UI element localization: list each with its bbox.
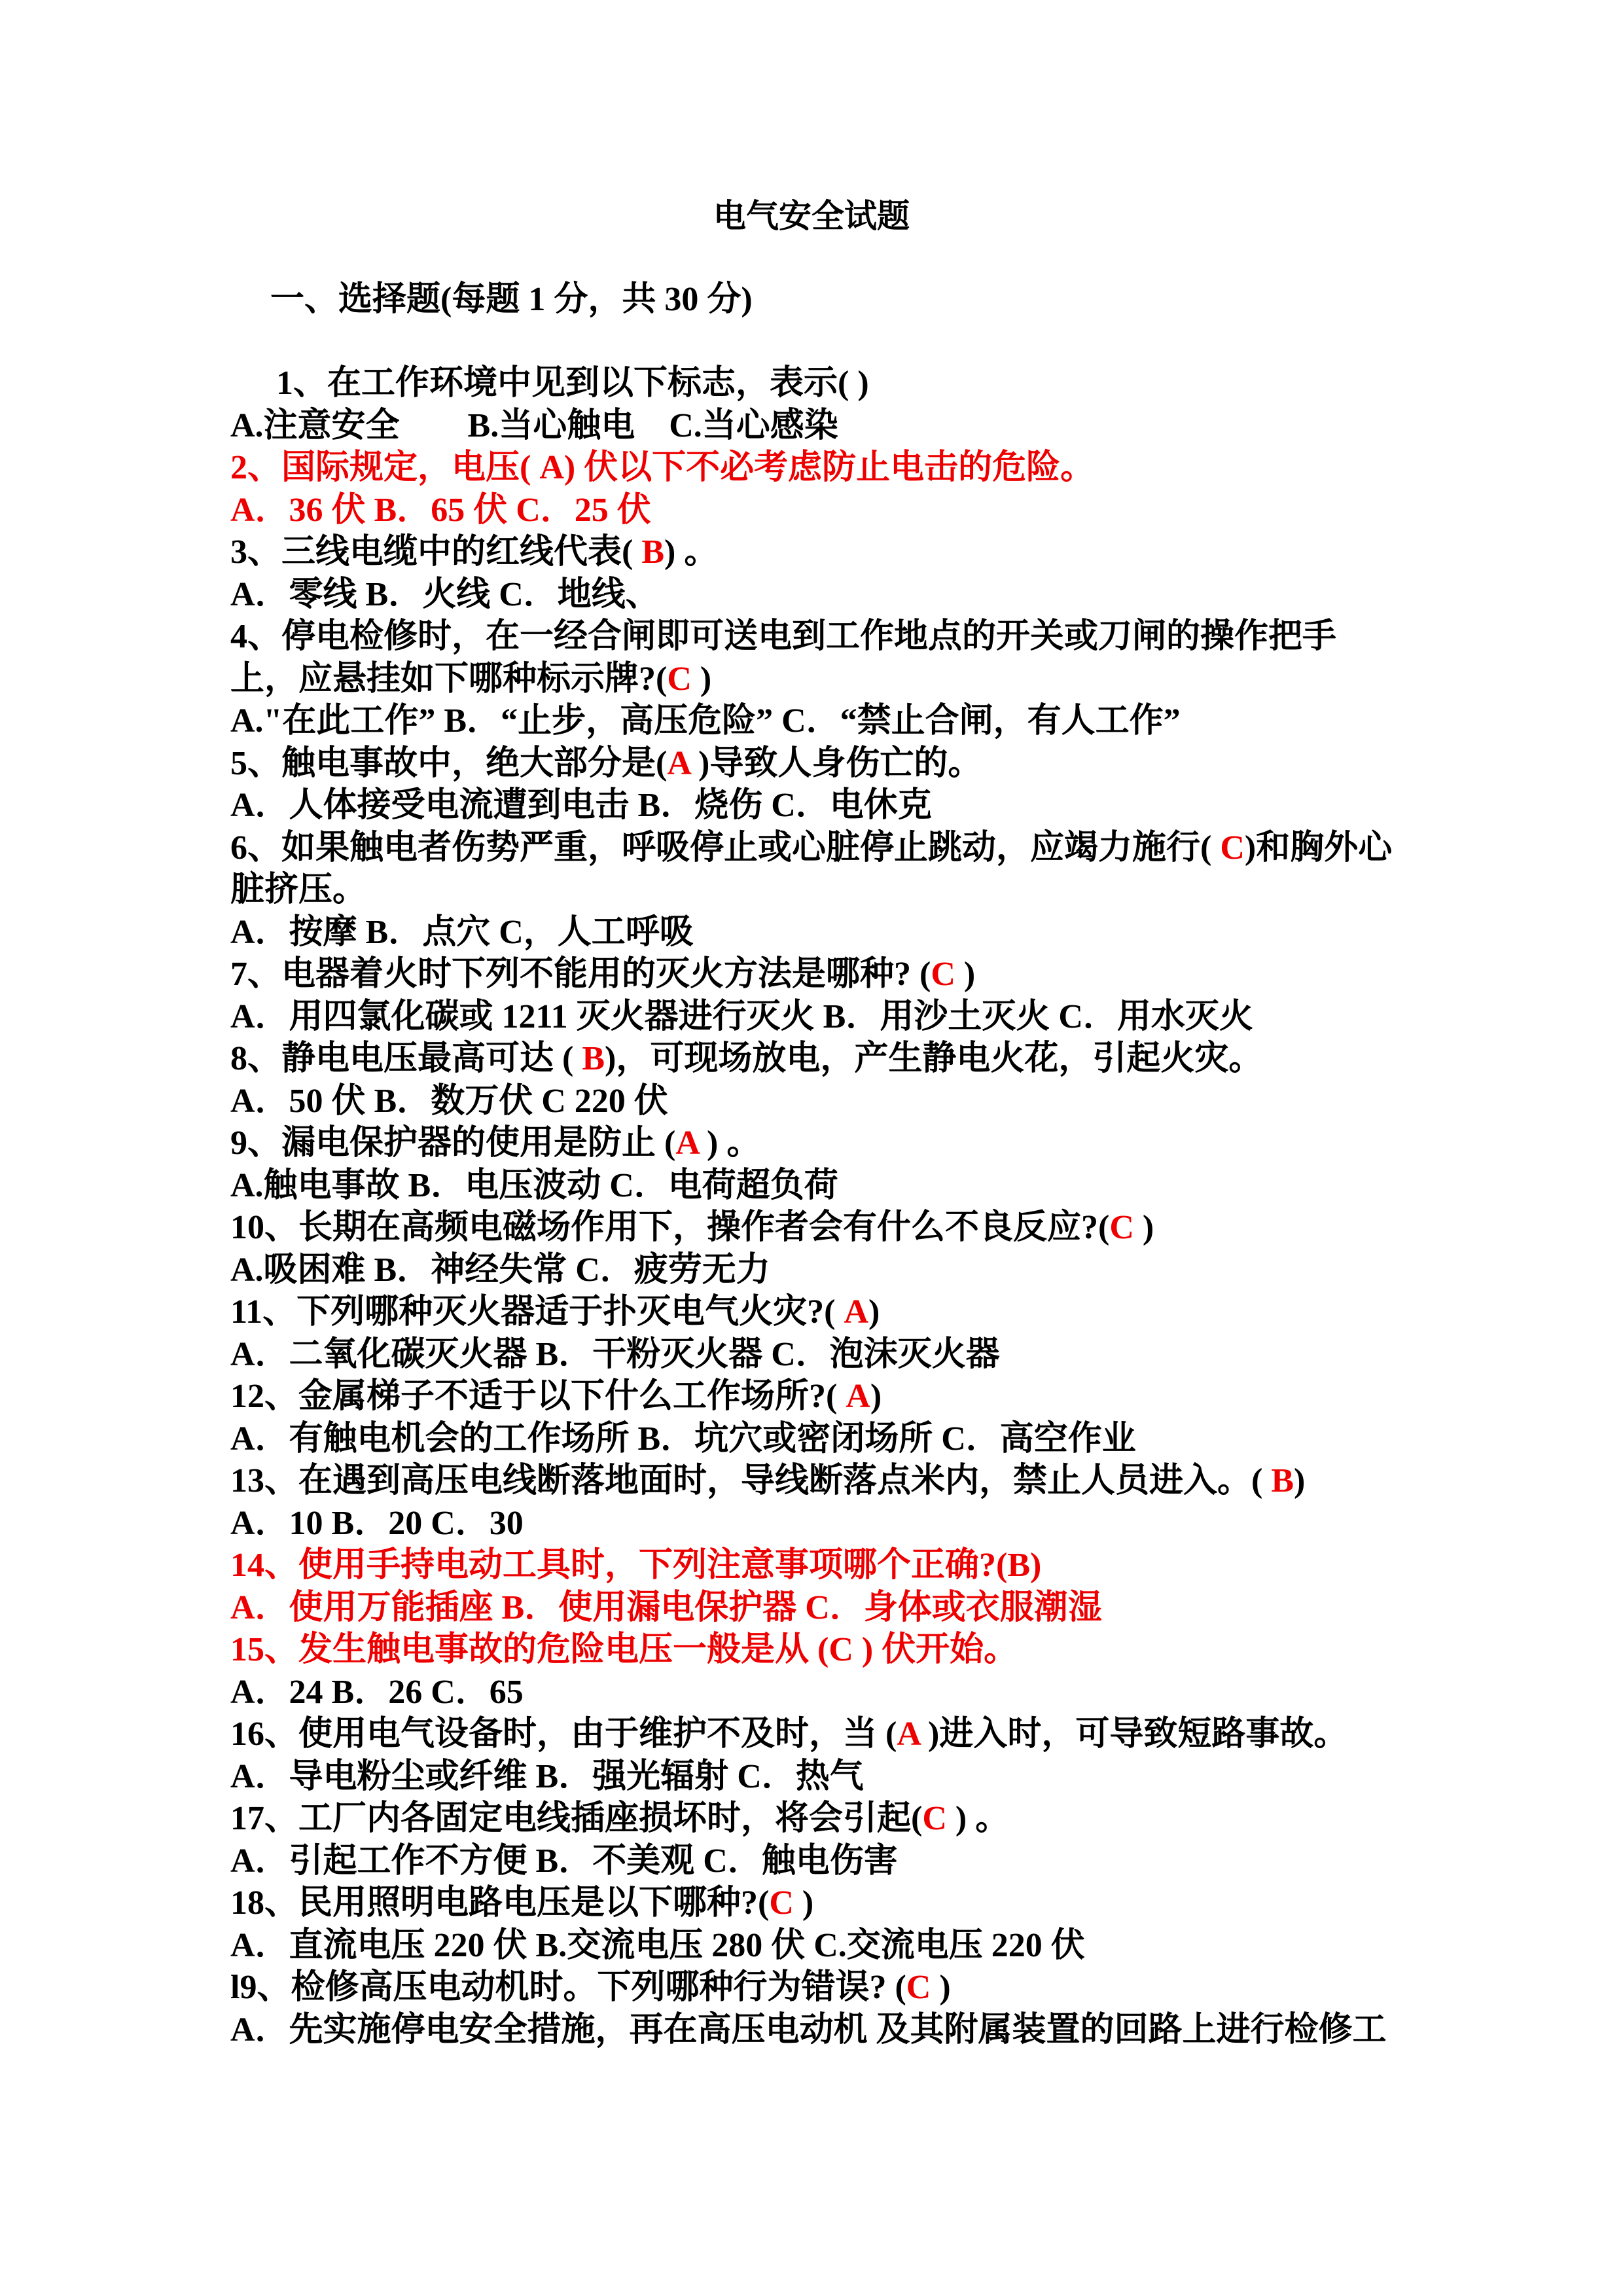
body-text: A．导电粉尘或纤维 B．强光辐射 C．热气: [230, 1758, 864, 1795]
options-line: A．10 B．20 C．30: [230, 1503, 1623, 1545]
question-line: 9、漏电保护器的使用是防止 (A ) 。: [230, 1122, 1623, 1165]
options-line: A．引起工作不方便 B．不美观 C．触电伤害: [230, 1840, 1623, 1883]
body-text: A．直流电压 220 伏 B.交流电压 280 伏 C.交流电压 220 伏: [230, 1927, 1085, 1964]
question-line: 14、使用手持电动工具时，下列注意事项哪个正确?(B): [230, 1545, 1623, 1587]
body-text: )导致人身伤亡的。: [690, 745, 982, 782]
answer-red-text: 2、国际规定，电压( A) 伏以下不必考虑防止电击的危险。: [230, 449, 1094, 486]
body-text: ): [692, 660, 711, 698]
answer-red-text: C: [906, 1969, 931, 2006]
blank-line: [0, 321, 1623, 363]
question-line: 13、在遇到高压电线断落地面时，导线断落点米内，禁止人员进入。( B): [230, 1460, 1623, 1503]
body-text: l9、检修高压电动机时。下列哪种行为错误? (: [230, 1969, 906, 2006]
body-text: A.吸困难 B．神经失常 C．疲劳无力: [230, 1251, 770, 1289]
body-text: ) 。: [698, 1124, 760, 1162]
body-text: A.注意安全 B.当心触电 C.当心感染: [230, 407, 838, 444]
body-text: ): [955, 956, 975, 993]
answer-red-text: C: [667, 660, 692, 698]
continuation-line: 上，应悬挂如下哪种标示牌?(C ): [230, 658, 1623, 701]
question-line: 2、国际规定，电压( A) 伏以下不必考虑防止电击的危险。: [230, 447, 1623, 490]
body-text: A．50 伏 B．数万伏 C 220 伏: [230, 1083, 668, 1120]
body-text: A．24 B．26 C．65: [230, 1674, 524, 1711]
question-line: l9、检修高压电动机时。下列哪种行为错误? (C ): [230, 1967, 1623, 2009]
options-line: A.吸困难 B．神经失常 C．疲劳无力: [230, 1249, 1623, 1292]
body-text: 18、民用照明电路电压是以下哪种?(: [230, 1884, 769, 1922]
body-text: 上，应悬挂如下哪种标示牌?(: [230, 660, 667, 698]
options-line: A.触电事故 B．电压波动 C．电荷超负荷: [230, 1165, 1623, 1208]
body-text: A.触电事故 B．电压波动 C．电荷超负荷: [230, 1167, 838, 1204]
question-line: 4、停电检修时，在一经合闸即可送电到工作地点的开关或刀闸的操作把手: [230, 616, 1623, 658]
answer-red-text: C: [769, 1884, 794, 1922]
body-text: )和胸外心: [1245, 829, 1392, 867]
question-line: 7、电器着火时下列不能用的灭火方法是哪种? (C ): [230, 954, 1623, 996]
body-text: ): [1134, 1209, 1154, 1246]
answer-red-text: B: [582, 1040, 605, 1077]
body-text: 9、漏电保护器的使用是防止 (: [230, 1124, 675, 1162]
body-text: A．零线 B．火线 C．地线、: [230, 576, 660, 613]
options-line: A．24 B．26 C．65: [230, 1672, 1623, 1714]
options-line: A．二氧化碳灭火器 B．干粉灭火器 C．泡沫灭火器: [230, 1334, 1623, 1376]
body-text: )，可现场放电，产生静电火花，引起火灾。: [605, 1040, 1262, 1077]
body-text: A．用四氯化碳或 1211 灭火器进行灭火 B．用沙土灭火 C．用水灭火: [230, 998, 1253, 1035]
question-line: 5、触电事故中，绝大部分是(A )导致人身伤亡的。: [230, 743, 1623, 785]
body-text: A．引起工作不方便 B．不美观 C．触电伤害: [230, 1842, 898, 1880]
body-text: ): [868, 1293, 880, 1331]
body-text: 3、三线电缆中的红线代表(: [230, 533, 641, 571]
question-line: 15、发生触电事故的危险电压一般是从 (C ) 伏开始。: [230, 1629, 1623, 1672]
body-text: 7、电器着火时下列不能用的灭火方法是哪种? (: [230, 956, 931, 993]
options-line: A．有触电机会的工作场所 B．坑穴或密闭场所 C．高空作业: [230, 1418, 1623, 1461]
question-line: 12、金属梯子不适于以下什么工作场所?( A): [230, 1376, 1623, 1418]
question-line: 1、在工作环境中见到以下标志，表示( ): [276, 363, 1623, 405]
body-text: 脏挤压。: [230, 871, 366, 908]
options-line: A．使用万能插座 B．使用漏电保护器 C．身体或衣服潮湿: [230, 1587, 1623, 1630]
body-text: ) 。: [664, 533, 718, 571]
options-line: A．按摩 B．点穴 C，人工呼吸: [230, 912, 1623, 954]
options-line: A．先实施停电安全措施，再在高压电动机 及其附属装置的回路上进行检修工: [230, 2009, 1623, 2052]
continuation-line: 脏挤压。: [230, 869, 1623, 912]
options-line: A．导电粉尘或纤维 B．强光辐射 C．热气: [230, 1756, 1623, 1799]
answer-red-text: A: [897, 1715, 919, 1753]
body-text: 16、使用电气设备时，由于维护不及时，当 (: [230, 1715, 897, 1753]
question-line: 10、长期在高频电磁场作用下，操作者会有什么不良反应?(C ): [230, 1207, 1623, 1249]
body-text: 6、如果触电者伤势严重，呼吸停止或心脏停止跳动，应竭力施行(: [230, 829, 1220, 867]
body-text: A．人体接受电流遭到电击 B．烧伤 C．电休克: [230, 787, 932, 824]
answer-red-text: C: [922, 1800, 947, 1837]
answer-red-text: B: [641, 533, 664, 571]
blank-line: [0, 237, 1623, 279]
body-text: 17、工厂内各固定电线插座损坏时，将会引起(: [230, 1800, 922, 1837]
options-line: A．50 伏 B．数万伏 C 220 伏: [230, 1081, 1623, 1123]
page-title: 电气安全试题: [0, 0, 1623, 237]
body-text: ): [931, 1969, 950, 2006]
answer-red-text: C: [931, 956, 955, 993]
question-line: 17、工厂内各固定电线插座损坏时，将会引起(C ) 。: [230, 1798, 1623, 1840]
answer-red-text: A．36 伏 B．65 伏 C．25 伏: [230, 492, 651, 529]
question-line: 11、下列哪种灭火器适于扑灭电气火灾?( A): [230, 1291, 1623, 1334]
answer-red-text: A．使用万能插座 B．使用漏电保护器 C．身体或衣服潮湿: [230, 1589, 1102, 1626]
body-text: ): [1294, 1462, 1305, 1499]
answer-red-text: B: [1271, 1462, 1294, 1499]
body-text: A．二氧化碳灭火器 B．干粉灭火器 C．泡沫灭火器: [230, 1336, 1000, 1373]
options-line: A．人体接受电流遭到电击 B．烧伤 C．电休克: [230, 785, 1623, 827]
body-text: 10、长期在高频电磁场作用下，操作者会有什么不良反应?(: [230, 1209, 1109, 1246]
answer-red-text: 15、发生触电事故的危险电压一般是从 (C ) 伏开始。: [230, 1631, 1018, 1668]
section-heading: 一、选择题(每题 1 分，共 30 分): [270, 279, 1623, 321]
answer-red-text: C: [1220, 829, 1245, 867]
body-text: 13、在遇到高压电线断落地面时，导线断落点米内，禁止人员进入。(: [230, 1462, 1271, 1499]
body-text: )进入时，可导致短路事故。: [919, 1715, 1347, 1753]
body-text: ): [794, 1884, 813, 1922]
question-line: 3、三线电缆中的红线代表( B) 。: [230, 531, 1623, 574]
answer-red-text: 14、使用手持电动工具时，下列注意事项哪个正确?(B): [230, 1547, 1041, 1584]
body-text: 11、下列哪种灭火器适于扑灭电气火灾?(: [230, 1293, 844, 1331]
body-text: ) 。: [947, 1800, 1009, 1837]
body-text: A．10 B．20 C．30: [230, 1505, 524, 1542]
answer-red-text: C: [1109, 1209, 1134, 1246]
answer-red-text: A: [844, 1293, 868, 1331]
body-text: A."在此工作” B．“止步，高压危险” C．“禁止合闸，有人工作”: [230, 702, 1181, 740]
answer-red-text: A: [675, 1124, 698, 1162]
question-list: 1、在工作环境中见到以下标志，表示( )A.注意安全 B.当心触电 C.当心感染…: [230, 363, 1623, 2051]
question-line: 6、如果触电者伤势严重，呼吸停止或心脏停止跳动，应竭力施行( C)和胸外心: [230, 827, 1623, 870]
options-line: A.注意安全 B.当心触电 C.当心感染: [230, 405, 1623, 448]
body-text: 4、停电检修时，在一经合闸即可送电到工作地点的开关或刀闸的操作把手: [230, 618, 1336, 655]
options-line: A．零线 B．火线 C．地线、: [230, 574, 1623, 617]
options-line: A．36 伏 B．65 伏 C．25 伏: [230, 490, 1623, 532]
body-text: A．有触电机会的工作场所 B．坑穴或密闭场所 C．高空作业: [230, 1420, 1136, 1458]
body-text: 5、触电事故中，绝大部分是(: [230, 745, 667, 782]
question-line: 18、民用照明电路电压是以下哪种?(C ): [230, 1882, 1623, 1925]
body-text: A．按摩 B．点穴 C，人工呼吸: [230, 914, 694, 951]
exam-document-page: 电气安全试题 一、选择题(每题 1 分，共 30 分) 1、在工作环境中见到以下…: [0, 0, 1623, 2296]
body-text: A．先实施停电安全措施，再在高压电动机 及其附属装置的回路上进行检修工: [230, 2011, 1387, 2049]
answer-red-text: A: [667, 745, 690, 782]
body-text: 12、金属梯子不适于以下什么工作场所?(: [230, 1378, 846, 1415]
body-text: 8、静电电压最高可达 (: [230, 1040, 582, 1077]
body-text: ): [870, 1378, 882, 1415]
answer-red-text: A: [846, 1378, 870, 1415]
question-line: 8、静电电压最高可达 ( B)，可现场放电，产生静电火花，引起火灾。: [230, 1038, 1623, 1081]
options-line: A."在此工作” B．“止步，高压危险” C．“禁止合闸，有人工作”: [230, 700, 1623, 743]
options-line: A．用四氯化碳或 1211 灭火器进行灭火 B．用沙土灭火 C．用水灭火: [230, 996, 1623, 1039]
question-line: 16、使用电气设备时，由于维护不及时，当 (A )进入时，可导致短路事故。: [230, 1713, 1623, 1756]
options-line: A．直流电压 220 伏 B.交流电压 280 伏 C.交流电压 220 伏: [230, 1925, 1623, 1967]
body-text: 1、在工作环境中见到以下标志，表示( ): [276, 365, 869, 402]
